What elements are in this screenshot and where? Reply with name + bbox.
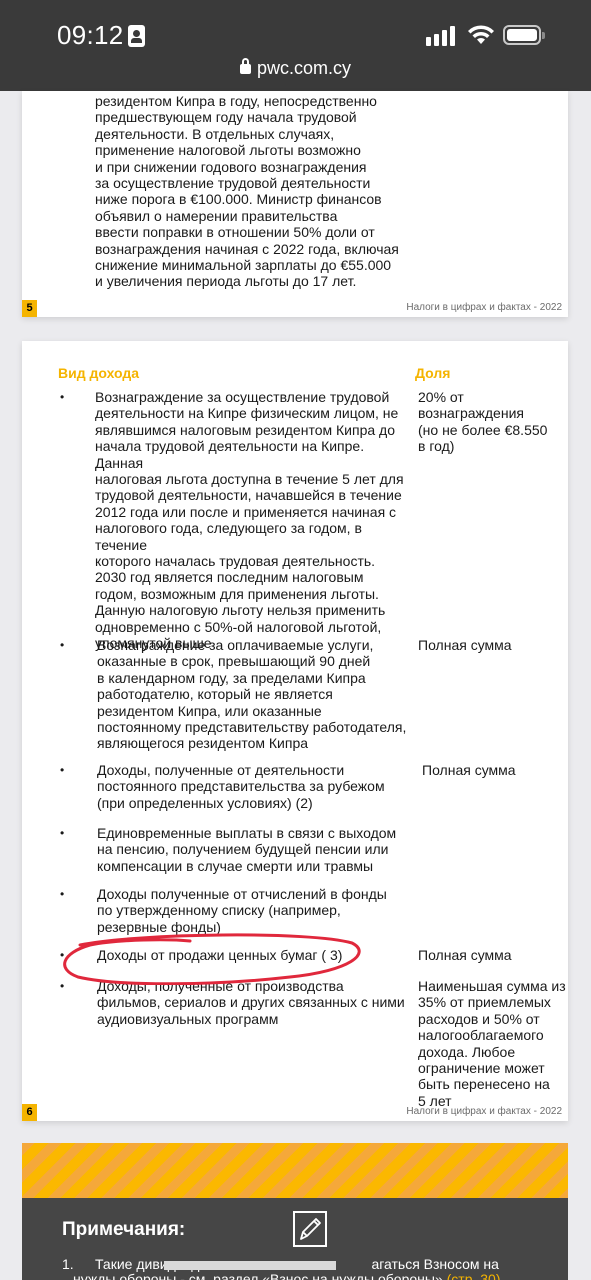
page-5-body-text: резидентом Кипра в году, непосредственно… xyxy=(95,93,399,290)
text-line: и увеличения периода льготы до 17 лет. xyxy=(95,273,399,289)
bullet: • xyxy=(60,978,64,994)
note-number: 1. xyxy=(62,1256,74,1272)
bullet: • xyxy=(60,389,64,405)
lock-icon xyxy=(240,64,251,74)
clock: 09:12 xyxy=(57,20,124,51)
text-line: ниже порога в €100.000. Министр финансов xyxy=(95,191,399,207)
bullet: • xyxy=(60,825,64,841)
income-description: Доходы от продажи ценных бумаг ( 3) xyxy=(97,947,417,963)
text-line: объявил о намерении правительства xyxy=(95,208,399,224)
wifi-icon xyxy=(467,24,495,46)
text-line: резидентом Кипра в году, непосредственно xyxy=(95,93,399,109)
text-line: за осуществление трудовой деятельности xyxy=(95,175,399,191)
page-footer: Налоги в цифрах и фактах - 2022 xyxy=(406,1106,562,1117)
income-share: Наименьшая сумма из 35% от приемлемых ра… xyxy=(418,978,568,1109)
cellular-signal-icon xyxy=(426,26,456,46)
page-link[interactable]: (стр. 30) xyxy=(447,1271,501,1280)
pencil-icon xyxy=(293,1211,327,1247)
address-bar[interactable]: pwc.com.cy xyxy=(0,58,591,79)
text-line: и при снижении годового вознаграждения xyxy=(95,159,399,175)
page-number: 5 xyxy=(22,300,37,317)
notes-title: Примечания: xyxy=(62,1219,185,1241)
income-share: Полная сумма xyxy=(418,947,568,963)
income-description: Единовременные выплаты в связи с выходом… xyxy=(97,825,417,874)
text-line: предшествующем году начала трудовой xyxy=(95,109,399,125)
text-line: ввести поправки в отношении 50% доли от xyxy=(95,224,399,240)
redaction-mark xyxy=(164,1261,336,1270)
status-bar: 09:12 pwc.com.cy xyxy=(0,0,591,91)
notes-section: Примечания: 1. Такие дивидендагаться Взн… xyxy=(22,1143,568,1280)
page-footer: Налоги в цифрах и фактах - 2022 xyxy=(406,302,562,313)
document-page-5: резидентом Кипра в году, непосредственно… xyxy=(22,91,568,317)
text-line: деятельности. В отдельных случаях, xyxy=(95,126,399,142)
income-share: 20% от вознаграждения (но не более €8.55… xyxy=(418,389,568,455)
column-header-income-type: Вид дохода xyxy=(58,365,139,381)
income-share: Полная сумма xyxy=(418,637,568,653)
text-line: снижение минимальной зарплаты до €55.000 xyxy=(95,257,399,273)
income-description: Доходы, полученные от деятельности посто… xyxy=(97,762,417,811)
bullet: • xyxy=(60,947,64,963)
url-text: pwc.com.cy xyxy=(257,58,351,78)
battery-icon xyxy=(503,25,541,45)
bullet: • xyxy=(60,637,64,653)
page-number: 6 xyxy=(22,1104,37,1121)
text-line: применение налоговой льготы возможно xyxy=(95,142,399,158)
income-description: Вознаграждение за оплачиваемые услуги, о… xyxy=(97,637,417,752)
striped-banner xyxy=(22,1143,568,1198)
text-line: вознаграждения начиная с 2022 года, вклю… xyxy=(95,241,399,257)
column-header-share: Доля xyxy=(415,365,450,381)
contact-card-icon xyxy=(128,25,145,47)
bullet: • xyxy=(60,762,64,778)
income-description: Вознаграждение за осуществление трудовой… xyxy=(95,389,415,652)
note-text-line-2: нужды обороны - см. раздел «Взнос на нуж… xyxy=(73,1271,501,1280)
bullet: • xyxy=(60,886,64,902)
income-description: Доходы, полученные от производства фильм… xyxy=(97,978,417,1027)
document-page-6: Вид дохода Доля • Вознаграждение за осущ… xyxy=(22,341,568,1121)
income-share: Полная сумма xyxy=(422,762,572,778)
income-description: Доходы полученные от отчислений в фонды … xyxy=(97,886,417,935)
